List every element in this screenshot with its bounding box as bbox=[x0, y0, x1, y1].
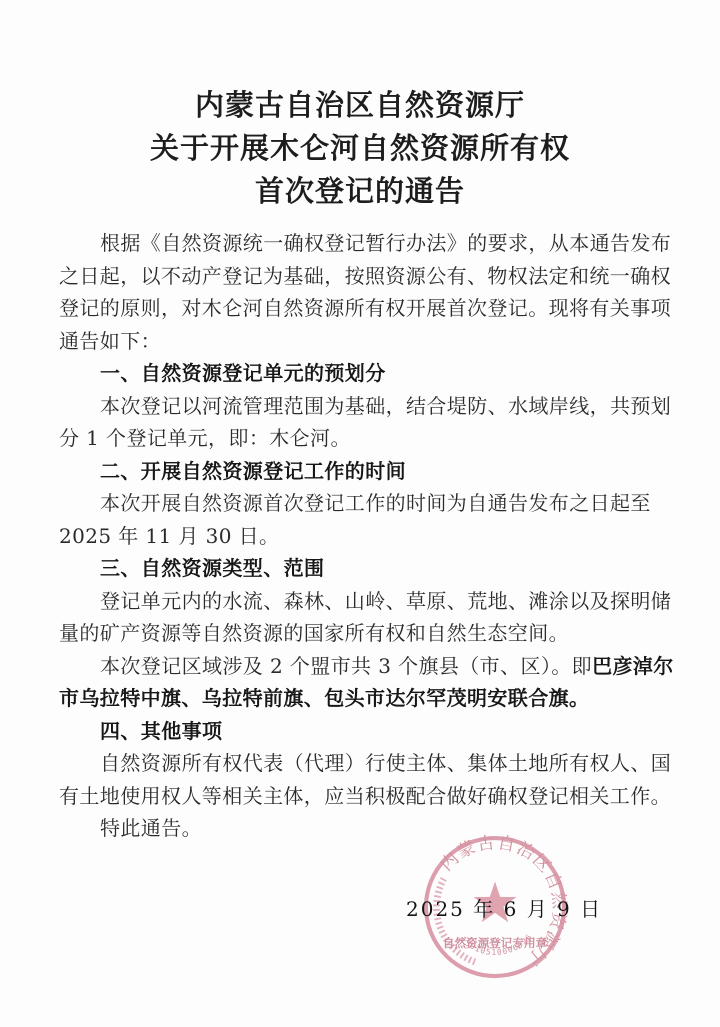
text-segment: 市乌拉特中旗、乌拉特前旗、包头市达尔罕茂明安联合旗。 bbox=[59, 686, 589, 710]
section-heading: 三、自然资源类型、范围 bbox=[59, 552, 664, 585]
document-line: 分 1 个登记单元，即：木仑河。 bbox=[59, 422, 664, 455]
title-line: 首次登记的通告 bbox=[0, 170, 720, 213]
document-line: 根据《自然资源统一确权登记暂行办法》的要求，从本通告发布 bbox=[59, 227, 664, 260]
document-body: 根据《自然资源统一确权登记暂行办法》的要求，从本通告发布之日起，以不动产登记为基… bbox=[59, 227, 664, 845]
section-heading: 四、其他事项 bbox=[59, 715, 664, 748]
text-segment: 特此通告。 bbox=[100, 816, 202, 840]
text-segment: 根据《自然资源统一确权登记暂行办法》的要求，从本通告发布 bbox=[100, 231, 671, 255]
document-line: 市乌拉特中旗、乌拉特前旗、包头市达尔罕茂明安联合旗。 bbox=[59, 682, 664, 715]
document-line: 2025 年 11 月 30 日。 bbox=[59, 520, 664, 553]
document-line: 登记的原则，对木仑河自然资源所有权开展首次登记。现将有关事项 bbox=[59, 292, 664, 325]
text-segment: 巴彦淖尔 bbox=[592, 654, 674, 678]
text-segment: 分 1 个登记单元，即：木仑河。 bbox=[59, 426, 351, 450]
text-segment: 有土地使用权人等相关主体，应当积极配合做好确权登记相关工作。 bbox=[59, 784, 671, 808]
notice-document: 内蒙古自治区自然资源厅 关于开展木仑河自然资源所有权 首次登记的通告 根据《自然… bbox=[0, 0, 720, 1027]
text-segment: 本次登记区域涉及 2 个盟市共 3 个旗县（市、区）。即 bbox=[100, 654, 592, 678]
text-segment: 通告如下： bbox=[59, 329, 161, 353]
document-line: 自然资源所有权代表（代理）行使主体、集体土地所有权人、国 bbox=[59, 747, 664, 780]
text-segment: 2025 年 11 月 30 日。 bbox=[59, 524, 279, 548]
document-line: 本次登记以河流管理范围为基础，结合堤防、水域岸线，共预划 bbox=[59, 390, 664, 423]
text-segment: 一、自然资源登记单元的预划分 bbox=[100, 361, 386, 385]
title-line: 关于开展木仑河自然资源所有权 bbox=[0, 127, 720, 170]
document-line: 有土地使用权人等相关主体，应当积极配合做好确权登记相关工作。 bbox=[59, 780, 664, 813]
text-segment: 自然资源所有权代表（代理）行使主体、集体土地所有权人、国 bbox=[100, 751, 671, 775]
section-heading: 一、自然资源登记单元的预划分 bbox=[59, 357, 664, 390]
text-segment: 本次登记以河流管理范围为基础，结合堤防、水域岸线，共预划 bbox=[100, 394, 671, 418]
text-segment: 本次开展自然资源首次登记工作的时间为自通告发布之日起至 bbox=[100, 491, 651, 515]
text-segment: 登记的原则，对木仑河自然资源所有权开展首次登记。现将有关事项 bbox=[59, 296, 671, 320]
document-line: 特此通告。 bbox=[59, 812, 664, 845]
document-title: 内蒙古自治区自然资源厅 关于开展木仑河自然资源所有权 首次登记的通告 bbox=[0, 0, 720, 213]
text-segment: 二、开展自然资源登记工作的时间 bbox=[100, 459, 406, 483]
text-segment: 之日起，以不动产登记为基础，按照资源公有、物权法定和统一确权 bbox=[59, 264, 671, 288]
text-segment: 三、自然资源类型、范围 bbox=[100, 556, 324, 580]
text-segment: 登记单元内的水流、森林、山岭、草原、荒地、滩涂以及探明储 bbox=[100, 589, 671, 613]
document-line: 之日起，以不动产登记为基础，按照资源公有、物权法定和统一确权 bbox=[59, 260, 664, 293]
text-segment: 量的矿产资源等自然资源的国家所有权和自然生态空间。 bbox=[59, 621, 569, 645]
title-line: 内蒙古自治区自然资源厅 bbox=[0, 84, 720, 127]
document-line: 量的矿产资源等自然资源的国家所有权和自然生态空间。 bbox=[59, 617, 664, 650]
document-line: 本次开展自然资源首次登记工作的时间为自通告发布之日起至 bbox=[59, 487, 664, 520]
section-heading: 二、开展自然资源登记工作的时间 bbox=[59, 455, 664, 488]
issue-date: 2025 年 6 月 9 日 bbox=[406, 896, 602, 922]
document-line: 登记单元内的水流、森林、山岭、草原、荒地、滩涂以及探明储 bbox=[59, 585, 664, 618]
document-line: 通告如下： bbox=[59, 325, 664, 358]
document-line: 本次登记区域涉及 2 个盟市共 3 个旗县（市、区）。即巴彦淖尔 bbox=[59, 650, 664, 683]
text-segment: 四、其他事项 bbox=[100, 719, 222, 743]
